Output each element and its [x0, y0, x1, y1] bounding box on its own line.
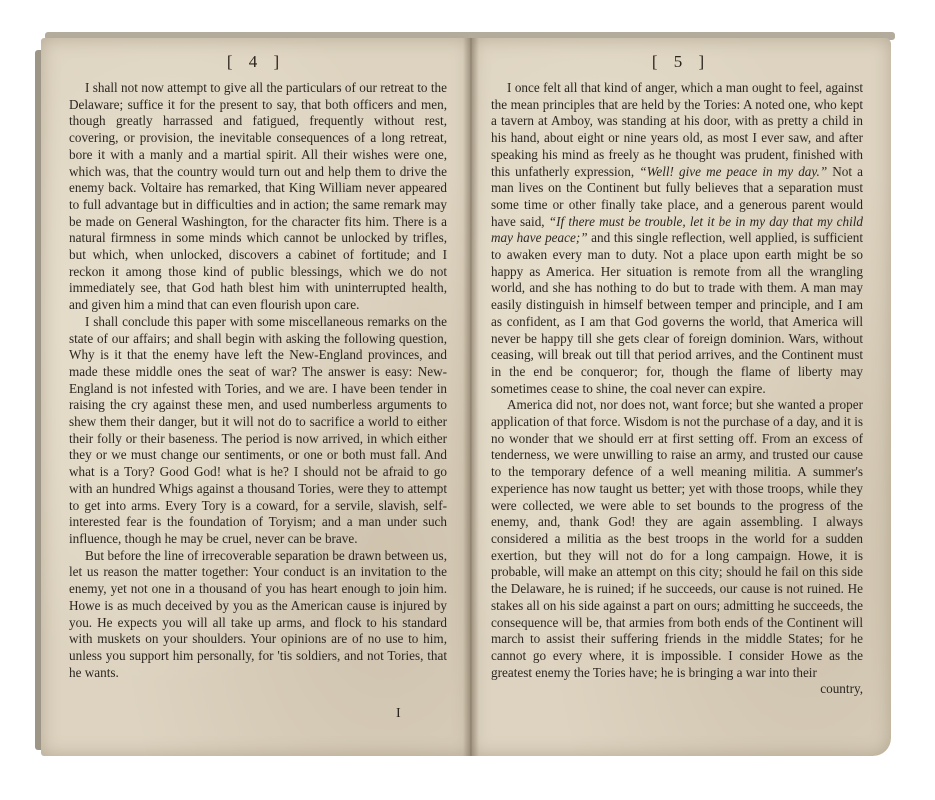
signature-mark: I — [396, 706, 401, 722]
catchword: country, — [491, 681, 863, 698]
paragraph: America did not, nor does not, want forc… — [491, 397, 863, 681]
left-page-text: I shall not now attempt to give all the … — [69, 80, 447, 681]
text-run: and this single reflection, well applied… — [491, 230, 863, 395]
left-page: [ 4 ] I shall not now attempt to give al… — [41, 38, 471, 756]
paragraph: I once felt all that kind of anger, whic… — [491, 80, 863, 397]
page-number-left: [ 4 ] — [41, 52, 471, 72]
right-page: [ 5 ] I once felt all that kind of anger… — [471, 38, 891, 756]
paragraph: I shall conclude this paper with some mi… — [69, 314, 447, 548]
binding-gutter — [463, 38, 479, 756]
page-number-right: [ 5 ] — [471, 52, 891, 72]
open-pamphlet: [ 4 ] I shall not now attempt to give al… — [35, 30, 897, 765]
paragraph: But before the line of irrecoverable sep… — [69, 548, 447, 682]
right-page-text: I once felt all that kind of anger, whic… — [491, 80, 863, 698]
italic-quote: “Well! give me peace in my day.” — [639, 164, 827, 179]
paragraph: I shall not now attempt to give all the … — [69, 80, 447, 314]
